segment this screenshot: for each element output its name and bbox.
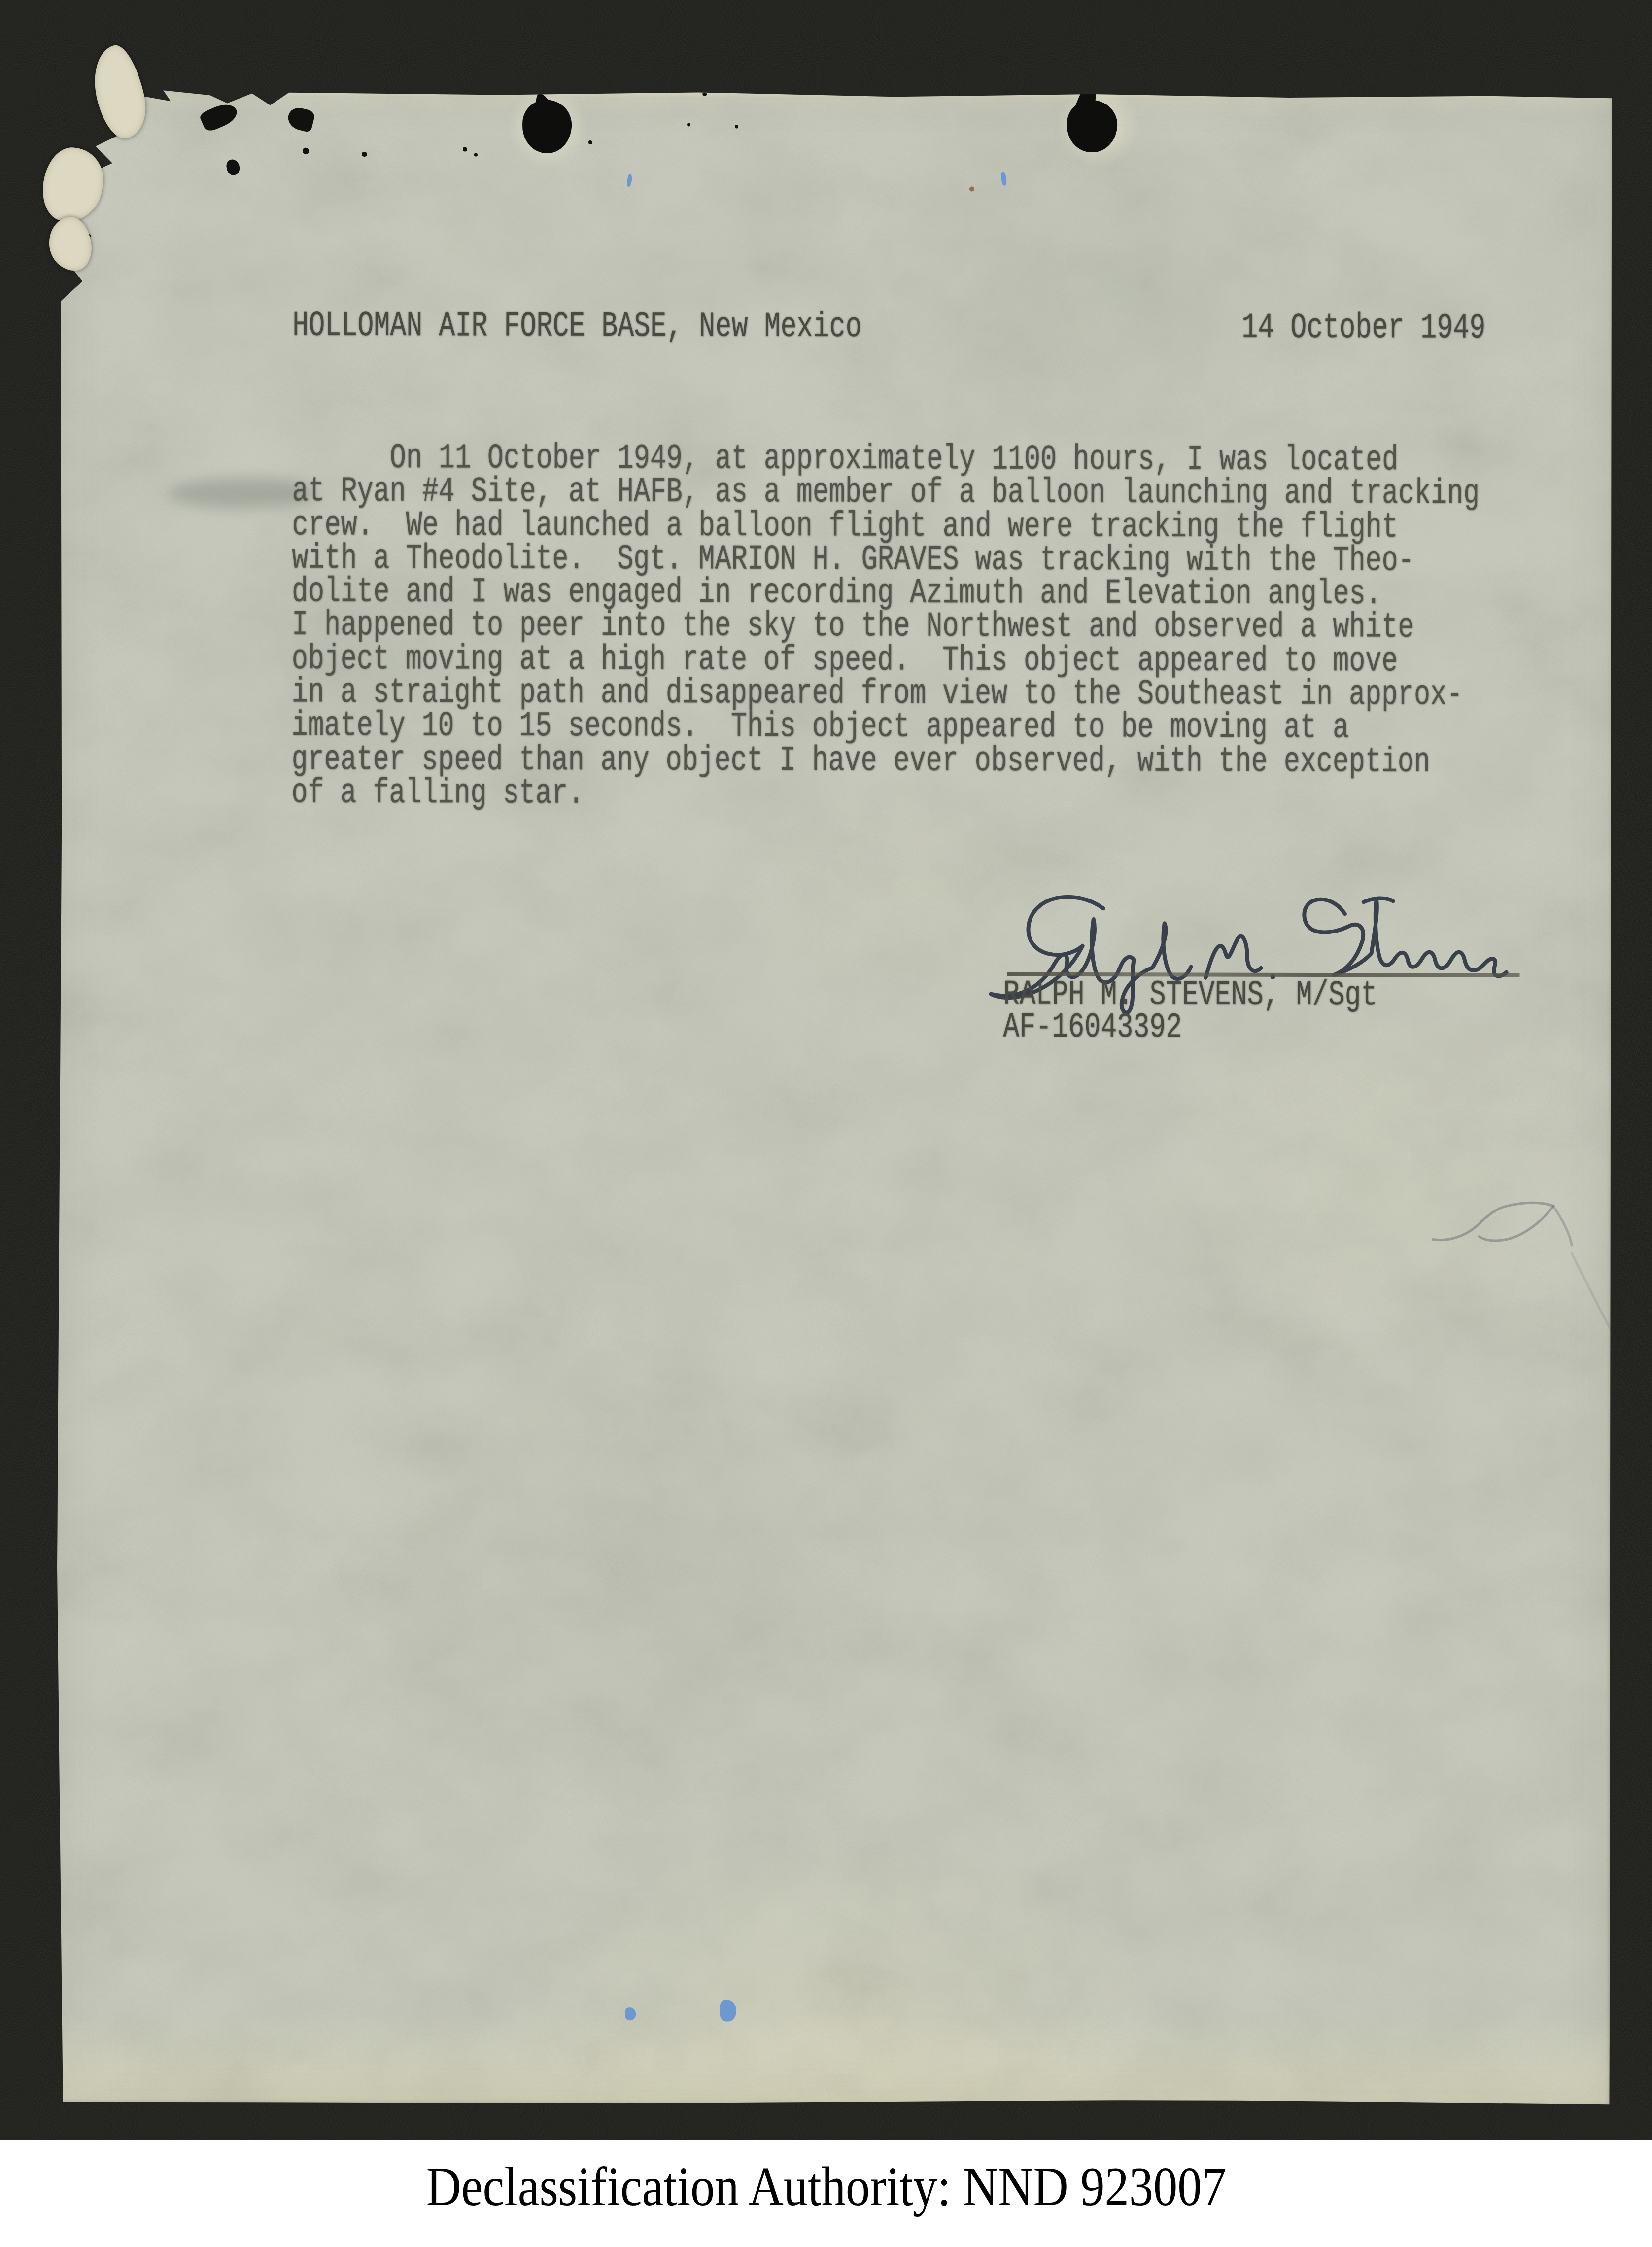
- rust-speck: [969, 187, 974, 192]
- paper-mottle-texture: [53, 88, 1614, 2107]
- punch-hole-right: [1067, 100, 1117, 152]
- header-location: HOLLOMAN AIR FORCE BASE, New Mexico: [292, 310, 861, 344]
- ink-speck: [702, 92, 707, 96]
- scanned-document-page: HOLLOMAN AIR FORCE BASE, New Mexico 14 O…: [0, 0, 1652, 2247]
- ink-speck: [199, 100, 241, 133]
- top-edge-highlight: [269, 89, 1614, 100]
- ink-speck: [225, 158, 241, 176]
- ink-speck: [687, 123, 690, 126]
- header-date: 14 October 1949: [1241, 311, 1485, 346]
- ink-speck: [735, 125, 738, 129]
- ink-speck: [286, 105, 316, 133]
- ink-speck: [303, 148, 309, 154]
- blue-ink-mark: [625, 2007, 636, 2020]
- declassification-strip: Declassification Authority: NND 923007: [0, 2140, 1652, 2247]
- punch-hole-left: [522, 100, 572, 153]
- body-paragraph: On 11 October 1949, at approximately 110…: [291, 442, 1480, 813]
- body-line: of a falling star.: [291, 777, 1479, 813]
- declassification-text: Declassification Authority: NND 923007: [426, 2155, 1226, 2219]
- signature-service-number: AF-16043392: [1003, 1011, 1182, 1045]
- paper-sheet: HOLLOMAN AIR FORCE BASE, New Mexico 14 O…: [53, 88, 1614, 2107]
- ink-speck: [474, 153, 478, 156]
- blue-ink-mark: [720, 2000, 736, 2022]
- ink-speck: [362, 152, 367, 157]
- paper-grain-texture: [53, 88, 1614, 2107]
- ink-speck: [588, 140, 592, 144]
- blue-ink-mark: [626, 174, 633, 187]
- blue-ink-mark: [1000, 172, 1007, 186]
- paper-fleck-texture: [53, 88, 1614, 2107]
- ink-speck: [463, 147, 467, 151]
- pencil-mark: [1424, 1140, 1631, 1348]
